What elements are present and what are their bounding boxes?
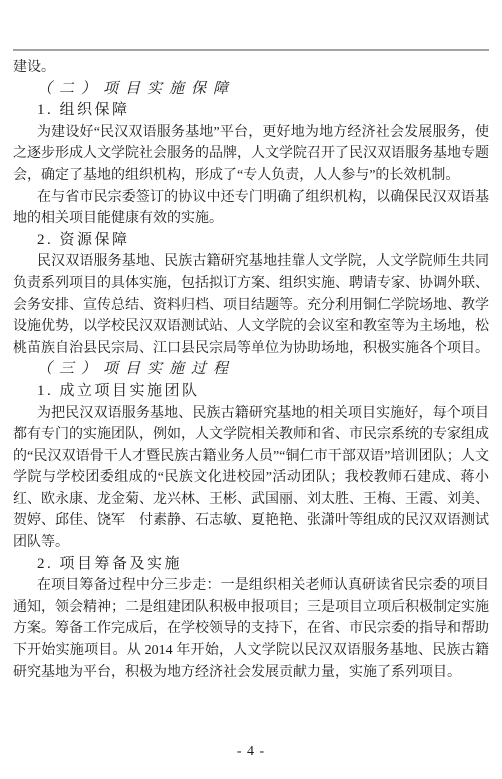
section-heading-2: （二）项目实施保障: [13, 79, 489, 101]
body-paragraph: 在项目筹备过程中分三步走：一是组织相关老师认真研读省民宗委的项目通知，领会精神；…: [13, 575, 489, 683]
body-paragraph: 在与省市民宗委签订的协议中还专门明确了组织机构，以确保民汉双语基地的相关项目能健…: [13, 187, 489, 230]
document-body: 建设。 （二）项目实施保障 1. 组织保障 为建设好“民汉双语服务基地”平台，更…: [13, 57, 489, 683]
header-rule: [13, 49, 489, 51]
body-paragraph: 民汉双语服务基地、民族古籍研究基地挂靠人文学院，人文学院师生共同负责系列项目的具…: [13, 251, 489, 359]
page-number: - 4 -: [0, 744, 502, 760]
subsection-title-resources: 2. 资源保障: [13, 230, 489, 252]
subsection-title-organization: 1. 组织保障: [13, 100, 489, 122]
continuation-paragraph: 建设。: [13, 57, 489, 79]
subsection-title-team: 1. 成立项目实施团队: [13, 381, 489, 403]
body-paragraph: 为把民汉双语服务基地、民族古籍研究基地的相关项目实施好，每个项目都有专门的实施团…: [13, 403, 489, 554]
subsection-title-preparation: 2. 项目筹备及实施: [13, 554, 489, 576]
body-paragraph: 为建设好“民汉双语服务基地”平台，更好地为地方经济社会发展服务，使之逐步形成人文…: [13, 122, 489, 187]
section-heading-3: （三）项目实施过程: [13, 359, 489, 381]
